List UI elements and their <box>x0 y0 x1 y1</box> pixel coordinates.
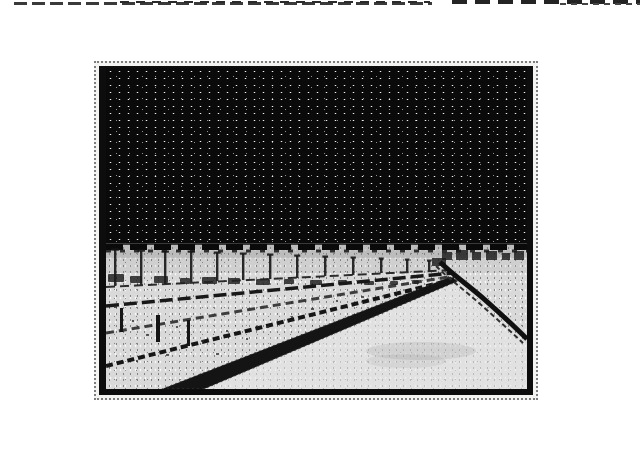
distant-structure <box>456 250 468 260</box>
roadside-post <box>380 259 382 273</box>
post-cap <box>427 260 431 262</box>
ground-speck <box>361 296 364 298</box>
ground-speck <box>114 306 117 308</box>
distant-structure <box>514 251 524 260</box>
roadside-post <box>190 252 192 282</box>
post-cap <box>405 259 410 261</box>
roadside-post <box>269 255 271 279</box>
roadside-post <box>242 254 244 280</box>
roadside-blob <box>108 274 124 282</box>
ground-speck <box>132 320 134 322</box>
post-cap <box>240 253 247 255</box>
figure-stippled-border <box>94 61 538 400</box>
roadside-post <box>216 253 218 281</box>
roadside-post <box>296 256 298 278</box>
halftone-photo <box>99 66 533 395</box>
scanned-page <box>0 0 640 463</box>
roadside-blob <box>310 280 322 285</box>
post-cap <box>161 251 168 253</box>
roadside-post <box>428 261 430 271</box>
post-cap <box>188 251 195 253</box>
post-cap <box>214 252 221 254</box>
ground-speck <box>216 353 219 355</box>
ground-speck <box>201 340 204 342</box>
roadside-post <box>352 258 354 275</box>
ground-speck <box>136 360 138 362</box>
roadside-post <box>324 257 326 276</box>
foreground-post <box>120 308 123 332</box>
ground-speck <box>266 326 269 328</box>
post-cap <box>267 254 273 256</box>
distant-structure <box>486 251 497 260</box>
post-cap <box>351 257 356 259</box>
post-cap <box>379 258 384 260</box>
ground-speck <box>146 334 149 336</box>
distant-structure <box>472 252 481 260</box>
ground-speck <box>336 300 338 302</box>
post-cap <box>137 250 145 252</box>
ground-speck <box>311 308 314 310</box>
foreground-post <box>156 315 160 342</box>
scan-edge-dash-segment <box>560 3 640 5</box>
scan-edge-dash-segment <box>120 1 430 3</box>
ground-speck <box>226 330 228 332</box>
roadside-blob <box>154 276 168 283</box>
foreground-post <box>187 320 190 346</box>
ground-speck <box>291 316 293 318</box>
faint-road-smudge <box>366 354 446 368</box>
ground-speck <box>246 338 248 340</box>
roadside-post <box>406 260 408 272</box>
post-cap <box>294 255 300 257</box>
post-cap <box>111 249 119 251</box>
ground-speck <box>176 326 178 328</box>
distant-structure <box>502 253 510 260</box>
scene-svg <box>106 68 527 389</box>
roadside-blob <box>130 276 142 283</box>
post-cap <box>322 256 328 258</box>
ground-speck <box>166 354 169 356</box>
roadside-blob <box>284 279 294 284</box>
